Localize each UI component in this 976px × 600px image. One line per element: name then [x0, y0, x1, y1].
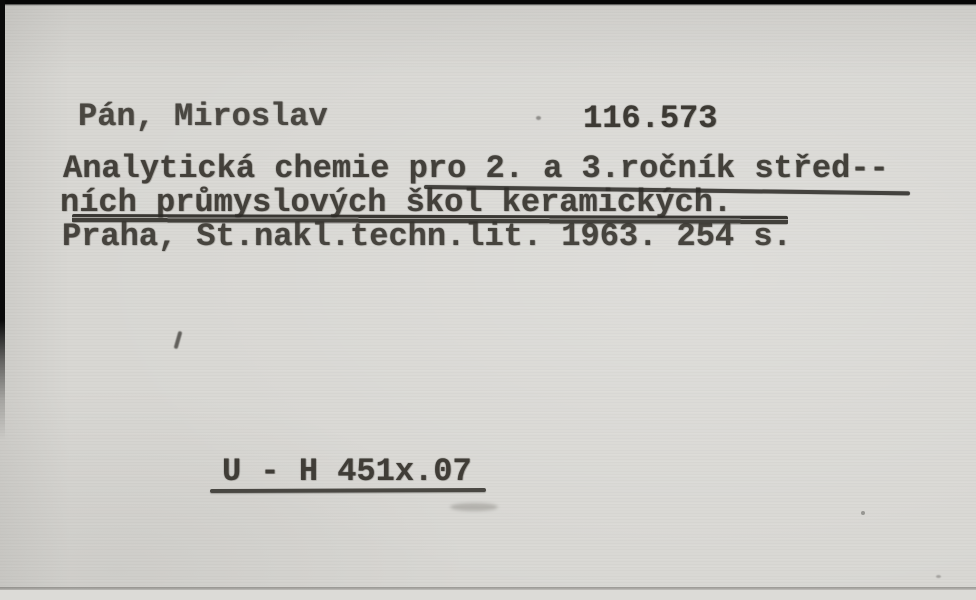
paper-speck [861, 511, 865, 515]
scan-edge-top [0, 0, 976, 7]
shelf-number: 116.573 [583, 102, 717, 135]
scan-edge-left [0, 0, 5, 440]
pen-tick-mark [174, 331, 183, 349]
author-heading: Pán, Miroslav [78, 100, 328, 133]
catalog-card-scan: Pán, Miroslav 116.573 Analytická chemie … [0, 0, 976, 600]
title-underline-part2 [72, 214, 788, 225]
pencil-smudge [450, 503, 498, 511]
call-number-underline [210, 488, 486, 493]
title-line-1: Analytická chemie pro 2. a 3.ročník stře… [63, 152, 889, 185]
scan-bottom-strip [0, 590, 976, 600]
ink-dot-artifact [536, 116, 541, 120]
imprint-line: Praha, St.nakl.techn.lit. 1963. 254 s. [62, 220, 792, 253]
call-number: U - H 451x.07 [222, 455, 472, 488]
paper-speck [936, 575, 941, 578]
paper-speck [712, 118, 716, 121]
